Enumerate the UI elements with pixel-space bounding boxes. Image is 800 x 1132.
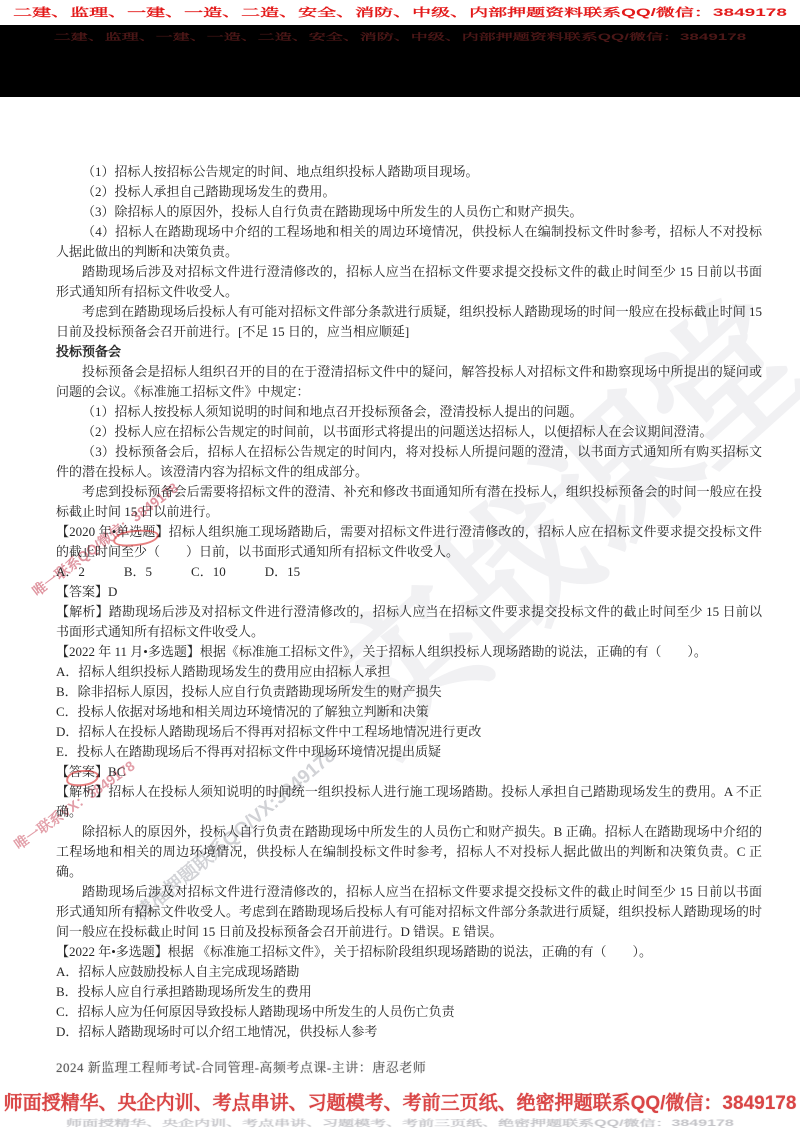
- q2022-11-option-e: E．投标人在踏勘现场后不得再对招标文件中现场环境情况提出质疑: [56, 742, 762, 762]
- analysis-2020: 【解析】踏勘现场后涉及对招标文件进行澄清修改的，招标人应当在招标文件要求提交投标…: [56, 602, 762, 642]
- pre-bid-rule-2: （2）投标人应在招标公告规定的时间前，以书面形式将提出的问题送达招标人，以便招标…: [56, 422, 762, 442]
- pre-bid-meeting-intro: 投标预备会是招标人组织召开的目的在于澄清招标文件中的疑问，解答投标人对招标文件和…: [56, 362, 762, 402]
- top-ad-banner: 二建、监理、一建、一造、二造、安全、消防、中级、内部押题资料联系QQ/微信：38…: [0, 4, 800, 20]
- pre-bid-meeting-heading: 投标预备会: [56, 342, 762, 362]
- document-body: （1）招标人按招标公告规定的时间、地点组织投标人踏勘项目现场。（2）投标人承担自…: [56, 162, 762, 1042]
- analysis-2022-11-part3: 踏勘现场后涉及对招标文件进行澄清修改的，招标人应当在招标文件要求提交投标文件的截…: [56, 882, 762, 942]
- site-visit-rule-2: （2）投标人承担自己踏勘现场发生的费用。: [56, 182, 762, 202]
- site-visit-rule-3: （3）除招标人的原因外，投标人自行负责在踏勘现场中所发生的人员伤亡和财产损失。: [56, 202, 762, 222]
- visit-timing-para: 考虑到在踏勘现场后投标人有可能对招标文件部分条款进行质疑，组织投标人踏勘现场的时…: [56, 302, 762, 342]
- q2022-option-a: A．招标人应鼓励投标人自主完成现场踏勘: [56, 962, 762, 982]
- black-band: 二建、监理、一建、一造、二造、安全、消防、中级、内部押题资料联系QQ/微信：38…: [0, 25, 800, 97]
- q2022-11-option-c: C．投标人依据对场地和相关周边环境情况的了解独立判断和决策: [56, 702, 762, 722]
- answer-2020: 【答案】D: [56, 582, 762, 602]
- clarify-notice-para: 踏勘现场后涉及对招标文件进行澄清修改的，招标人应当在招标文件要求提交投标文件的截…: [56, 262, 762, 302]
- question-2020-options: A．2 B．5 C．10 D．15: [56, 562, 762, 582]
- question-2020-single: 【2020 年•单选题】招标人组织施工现场踏勘后，需要对招标文件进行澄清修改的，…: [56, 522, 762, 562]
- q2022-option-d: D．招标人踏勘现场时可以介绍工地情况，供投标人参考: [56, 1022, 762, 1042]
- top-ad-banner-ghost: 二建、监理、一建、一造、二造、安全、消防、中级、内部押题资料联系QQ/微信：38…: [0, 29, 800, 43]
- pre-bid-rule-1: （1）招标人按投标人须知说明的时间和地点召开投标预备会，澄清投标人提出的问题。: [56, 402, 762, 422]
- q2022-option-c: C．招标人应为任何原因导致投标人踏勘现场中所发生的人员伤亡负责: [56, 1002, 762, 1022]
- answer-2022-11: 【答案】BC: [56, 762, 762, 782]
- bottom-ad-banner-ghost: 师面授精华、央企内训、考点串讲、习题模考、考前三页纸、绝密押题联系QQ/微信：3…: [0, 1116, 800, 1129]
- pre-bid-timing-para: 考虑到投标预备会后需要将招标文件的澄清、补充和修改书面通知所有潜在投标人，组织投…: [56, 482, 762, 522]
- red-scribble-mark: 答案: [69, 762, 95, 782]
- question-2022-11-multi: 【2022 年 11 月•多选题】根据《标准施工招标文件》，关于招标人组织投标人…: [56, 642, 762, 662]
- site-visit-rule-4: （4）招标人在踏勘现场中介绍的工程场地和相关的周边环境情况，供投标人在编制投标文…: [56, 222, 762, 262]
- question-2022-multi: 【2022 年•多选题】根据 《标准施工招标文件》，关于招标阶段组织现场踏勘的说…: [56, 942, 762, 962]
- red-scribble-mark: 单选题: [116, 522, 155, 542]
- q2022-11-option-b: B．除非招标人原因，投标人应自行负责踏勘现场所发生的财产损失: [56, 682, 762, 702]
- analysis-2022-11-part2: 除招标人的原因外，投标人自行负责在踏勘现场中所发生的人员伤亡和财产损失。B 正确…: [56, 822, 762, 882]
- bottom-ad-banner: 师面授精华、央企内训、考点串讲、习题模考、考前三页纸、绝密押题联系QQ/微信：3…: [0, 1088, 800, 1115]
- q2022-11-option-d: D．招标人在投标人踏勘现场后不得再对招标文件中工程场地情况进行更改: [56, 722, 762, 742]
- q2022-option-b: B．投标人应自行承担踏勘现场所发生的费用: [56, 982, 762, 1002]
- analysis-2022-11-part1: 【解析】招标人在投标人须知说明的时间统一组织投标人进行施工现场踏勘。投标人承担自…: [56, 782, 762, 822]
- pre-bid-rule-3: （3）投标预备会后，招标人在招标公告规定的时间内，将对投标人所提问题的澄清，以书…: [56, 442, 762, 482]
- site-visit-rule-1: （1）招标人按招标公告规定的时间、地点组织投标人踏勘项目现场。: [56, 162, 762, 182]
- course-footer-line: 2024 新监理工程师考试-合同管理-高频考点课-主讲：唐忍老师: [56, 1057, 426, 1076]
- q2022-11-option-a: A．招标人组织投标人踏勘现场发生的费用应由招标人承担: [56, 662, 762, 682]
